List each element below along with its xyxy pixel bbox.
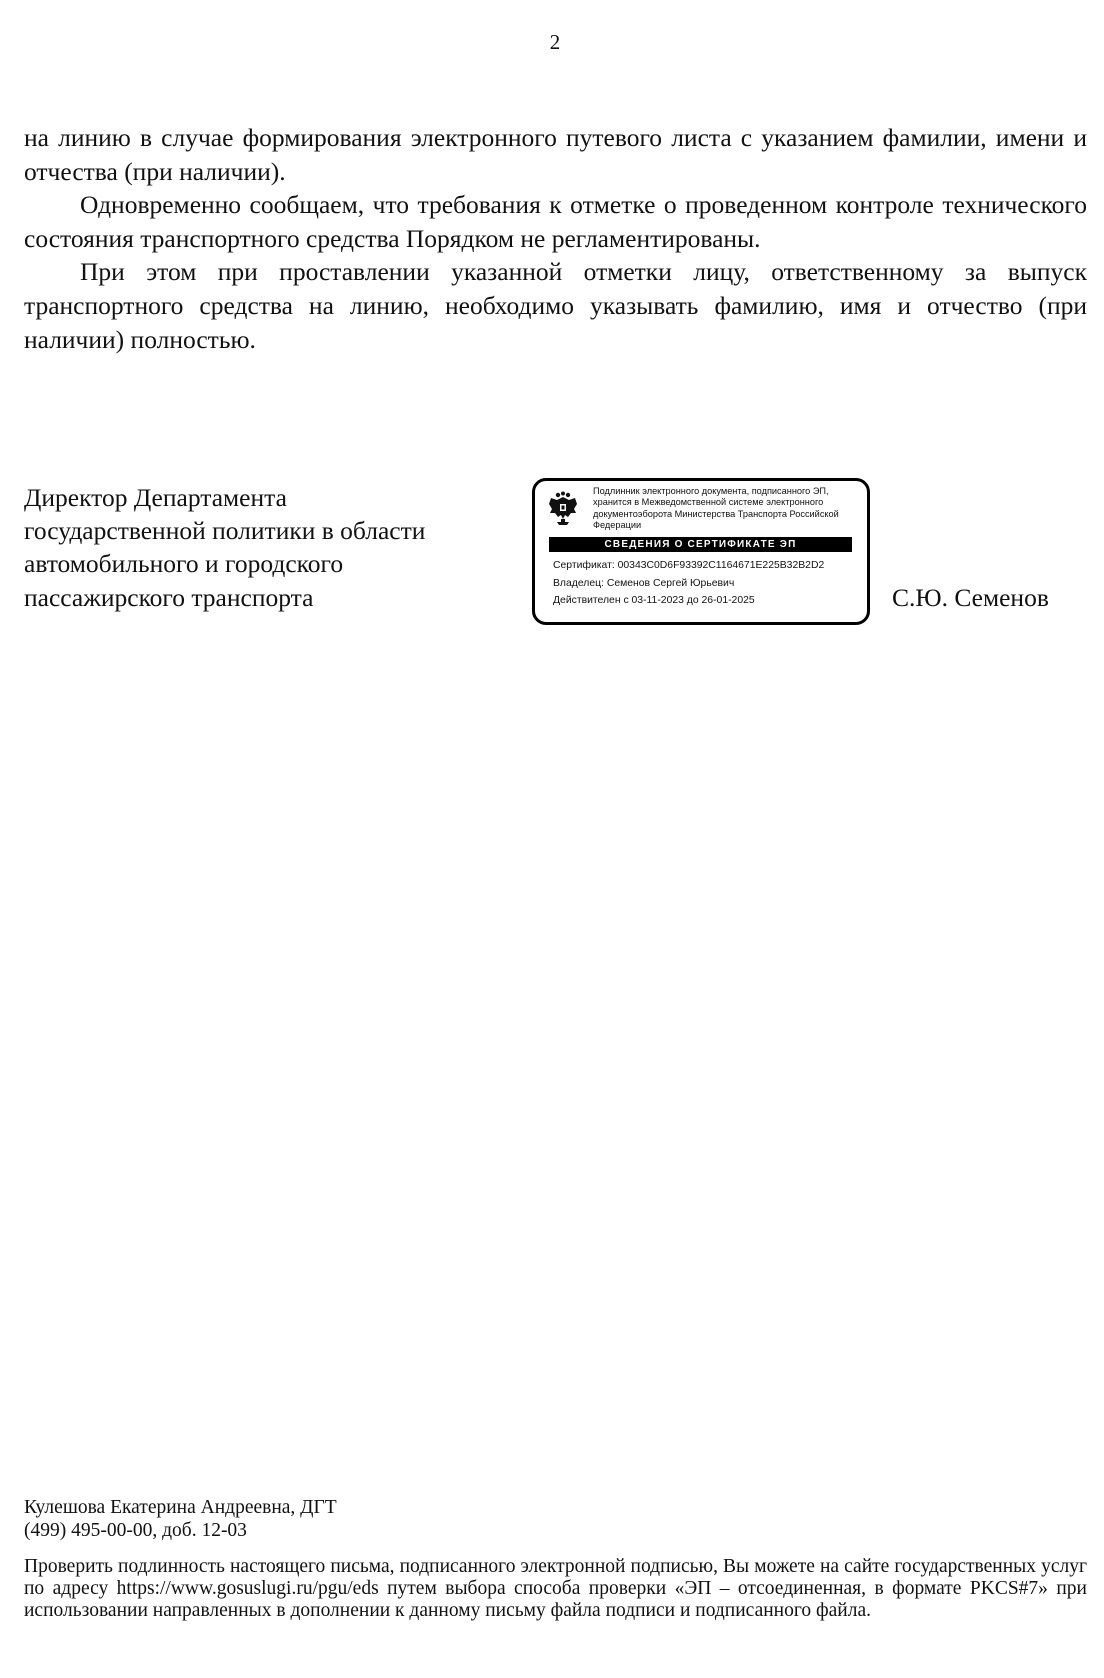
letter-body: на линию в случае формирования электронн… xyxy=(24,121,1087,356)
body-paragraph: При этом при проставлении указанной отме… xyxy=(24,255,1087,356)
signatory-name: С.Ю. Семенов xyxy=(892,583,1049,613)
signatory-position-line: автомобильного и городского xyxy=(24,547,504,580)
coat-of-arms-icon xyxy=(548,491,578,525)
executor-name: Кулешова Екатерина Андреевна, ДГТ xyxy=(24,1497,337,1520)
stamp-header-text: Подлинник электронного документа, подпис… xyxy=(593,486,863,532)
signatory-position-line: пассажирского транспорта xyxy=(24,581,504,614)
stamp-owner: Владелец: Семенов Сергей Юрьевич xyxy=(553,578,734,589)
signatory-position-line: государственной политики в области xyxy=(24,514,504,547)
body-paragraph: на линию в случае формирования электронн… xyxy=(24,121,1087,188)
electronic-signature-stamp: Подлинник электронного документа, подпис… xyxy=(532,478,870,625)
stamp-certificate-heading: СВЕДЕНИЯ О СЕРТИФИКАТЕ ЭП xyxy=(549,537,852,552)
body-paragraph: Одновременно сообщаем, что требования к … xyxy=(24,188,1087,255)
executor-contact: Кулешова Екатерина Андреевна, ДГТ (499) … xyxy=(24,1497,337,1542)
stamp-validity: Действителен с 03-11-2023 до 26-01-2025 xyxy=(553,595,755,606)
signatory-position-line: Директор Департамента xyxy=(24,481,504,514)
stamp-certificate-number: Сертификат: 00343C0D6F93392C1164671E225B… xyxy=(553,560,824,571)
signatory-position: Директор Департамента государственной по… xyxy=(24,481,504,614)
verification-notice: Проверить подлинность настоящего письма,… xyxy=(24,1556,1087,1621)
page-number: 2 xyxy=(0,30,1104,55)
verification-notice-text: Проверить подлинность настоящего письма,… xyxy=(24,1556,1087,1621)
executor-phone: (499) 495-00-00, доб. 12-03 xyxy=(24,1520,337,1543)
